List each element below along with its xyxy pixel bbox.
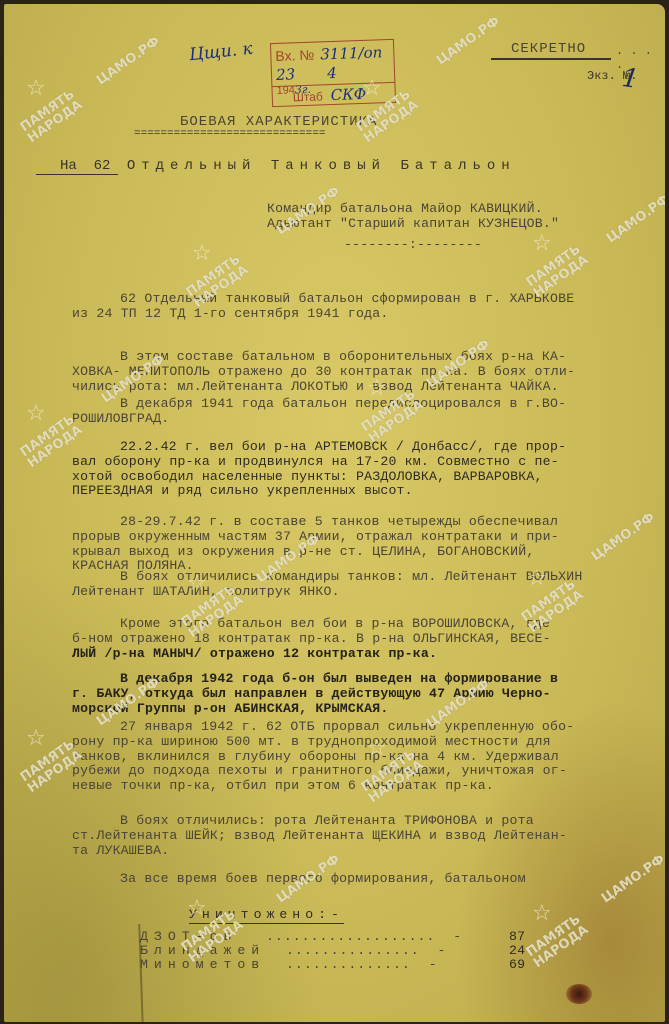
leader-dots: .............. -	[286, 958, 438, 973]
document-page: Цщи. к Вх. №3111/оп 23 4 1943г. ШтабСКФ …	[4, 4, 665, 1022]
paragraph-8-line: В декабря 1942 года б-он был выведен на …	[120, 672, 558, 687]
handwritten-note: Цщи. к	[188, 39, 253, 66]
paragraph-4-line: 22.2.42 г. вел бои р-на АРТЕМОВСК / Донб…	[120, 440, 566, 455]
paragraph-7-line: б-ном отражено 18 контратак пр-ка. В р-н…	[72, 632, 551, 647]
star-icon: ☆	[192, 241, 212, 266]
paragraph-4-line: ПЕРЕЕЗДНАЯ и ряд сильно укрепленных высо…	[72, 484, 413, 499]
secrecy-label: СЕКРЕТНО	[511, 41, 586, 57]
paragraph-7-line: ЛЫЙ /р-на МАНЫЧ/ отражено 12 контратак п…	[72, 647, 437, 662]
paragraph-10-line: В боях отличились: рота Лейтенанта ТРИФО…	[120, 814, 534, 829]
title-rule: =============================	[134, 128, 325, 140]
paragraph-9-line: невые точки пр-ка, отбил при этом 6 конт…	[72, 779, 494, 794]
stamp-incoming-number: 3111/оп	[320, 43, 383, 63]
signature-separator: --------:--------	[344, 238, 482, 253]
paragraph-10-line: та ЛУКАШЕВА.	[72, 844, 169, 859]
star-icon: ☆	[527, 566, 547, 591]
paragraph-9-line: 27 января 1942 г. 62 ОТБ прорвал сильно …	[120, 720, 574, 735]
star-icon: ☆	[187, 571, 207, 596]
paragraph-9-line: танков, вклинился в глубину обороны пр-к…	[72, 750, 559, 765]
paragraph-2-line: В этом составе батальном в оборонительны…	[120, 350, 566, 365]
star-icon: ☆	[26, 401, 46, 426]
star-icon: ☆	[187, 896, 207, 921]
paragraph-1-line: из 24 ТП 12 ТД 1-го сентября 1941 года.	[72, 307, 388, 322]
secrecy-underline	[491, 58, 611, 60]
copy-number: 1	[620, 63, 641, 95]
paragraph-3-line: В декабря 1941 года батальон передислоци…	[120, 397, 566, 412]
paragraph-5-line: 28-29.7.42 г. в составе 5 танков четыреж…	[120, 515, 558, 530]
destroyed-value: 69	[509, 958, 525, 973]
camo-watermark: ЦАМО.РФ	[599, 852, 665, 906]
paragraph-9-line: рону пр-ка шириною 500 мт. в труднопрохо…	[72, 735, 551, 750]
star-icon: ☆	[362, 76, 382, 101]
stamp-incoming-label: Вх. №	[275, 47, 315, 64]
unit-line: На 62 Отдельный Танковый Батальон	[36, 158, 516, 174]
star-icon: ☆	[367, 376, 387, 401]
star-icon: ☆	[532, 901, 552, 926]
camo-watermark: ЦАМО.РФ	[94, 34, 163, 88]
star-icon: ☆	[26, 726, 46, 751]
stamp-day: 23	[276, 65, 296, 84]
star-icon: ☆	[367, 736, 387, 761]
unit-number: 62	[94, 158, 111, 174]
stamp-org-label: Штаб	[293, 89, 323, 104]
paragraph-3-line: РОШИЛОВГРАД.	[72, 412, 169, 427]
unit-name: Отдельный Танковый Батальон	[127, 158, 516, 174]
unit-prefix-field: На 62	[36, 158, 118, 175]
rust-stain	[566, 984, 592, 1004]
camo-watermark: ЦАМО.РФ	[589, 510, 658, 564]
paragraph-4-line: хотой освободил населенные пункты: РАЗДО…	[72, 470, 543, 485]
camo-watermark: ЦАМО.РФ	[434, 14, 503, 68]
camo-watermark: ЦАМО.РФ	[604, 192, 665, 246]
stamp-month: 4	[327, 64, 337, 82]
paragraph-4-line: вал оборону пр-ка и продвинулся на 17-20…	[72, 455, 559, 470]
star-icon: ☆	[532, 231, 552, 256]
star-icon: ☆	[26, 76, 46, 101]
adjutant-line: Адьютант "Старший капитан КУЗНЕЦОВ."	[267, 217, 559, 232]
paragraph-10-line: ст.Лейтенанта ШЕЙК; взвод Лейтенанта ЩЕК…	[72, 829, 567, 844]
paragraph-2-line: чились рота: мл.Лейтенанта ЛОКОТЬЮ и взв…	[72, 380, 559, 395]
paragraph-9-line: рубежи до подхода пехоты и гранитного бл…	[72, 764, 567, 779]
